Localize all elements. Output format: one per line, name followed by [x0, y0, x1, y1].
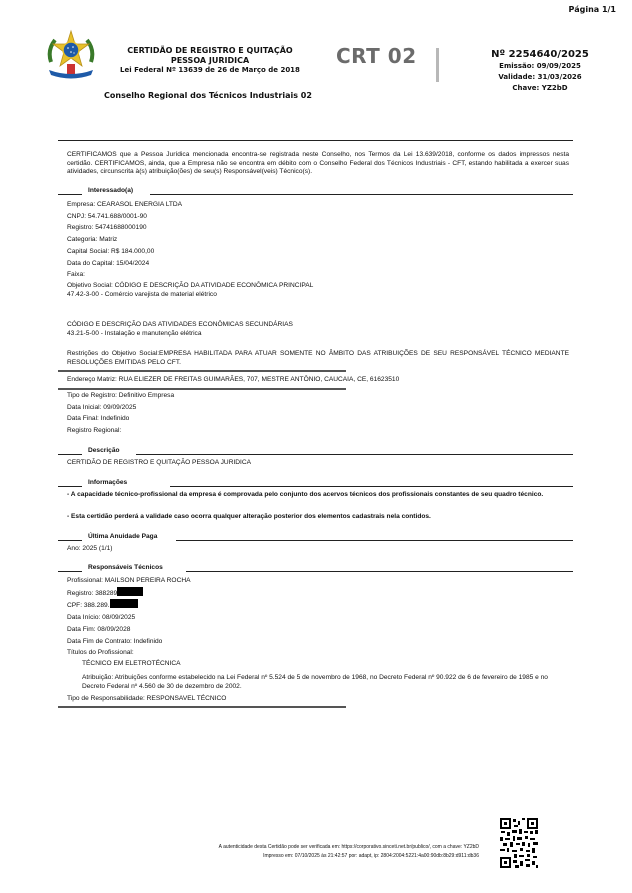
info-item-1: - A capacidade técnico-profissional da e… [67, 491, 569, 500]
section-label: Descrição [88, 447, 120, 454]
data-fim-contrato: Data Fim de Contrato: Indefinido [67, 636, 567, 648]
registro-profissional: Registro: 388289 [67, 587, 567, 600]
info-item-2: - Esta certidão perderá a validade caso … [67, 513, 569, 522]
section-label: Responsáveis Técnicos [88, 564, 163, 571]
endereco-matriz: Endereço Matriz: RUA ELIEZER DE FREITAS … [67, 376, 569, 385]
section-descricao: Descrição [58, 446, 573, 456]
capital-social: Capital Social: R$ 184.000,00 [67, 246, 567, 258]
certificate-number: Nº 2254640/2025 [465, 48, 615, 61]
cpf: CPF: 388.289. [67, 599, 567, 612]
print-info: Impresso em: 07/10/2025 às 21:42:57 por:… [219, 852, 479, 861]
cpf-prefix: CPF: 388.289. [67, 602, 110, 609]
atividade-principal: 47.42-3-00 - Comércio varejista de mater… [67, 291, 567, 300]
tipo-registro: Tipo de Registro: Definitivo Empresa [67, 390, 567, 402]
crt-label: CRT 02 [336, 44, 417, 68]
certificate-title: CERTIDÃO DE REGISTRO E QUITAÇÃO PESSOA J… [100, 46, 320, 75]
issue-date: Emissão: 09/09/2025 [465, 61, 615, 72]
registro: Registro: 54741688000190 [67, 222, 567, 234]
profissional: Profissional: MAILSON PEREIRA ROCHA [67, 575, 567, 587]
council-name: Conselho Regional dos Técnicos Industria… [104, 91, 312, 100]
interessado-details: Empresa: CEARASOL ENERGIA LTDA CNPJ: 54.… [67, 199, 567, 299]
page-number: Página 1/1 [569, 5, 616, 14]
section-label: Interessado(a) [88, 187, 133, 194]
intro-paragraph: CERTIFICAMOS que a Pessoa Jurídica menci… [67, 151, 569, 177]
verification-key: Chave: YZ2bD [465, 83, 615, 94]
atividade-secundaria: 43.21-5-00 - Instalação e manutenção elé… [67, 330, 569, 339]
data-capital: Data do Capital: 15/04/2024 [67, 258, 567, 270]
registro-details: Tipo de Registro: Definitivo Empresa Dat… [67, 390, 567, 437]
atribuicao: Atribuição: Atribuições conforme estabel… [82, 674, 562, 691]
data-fim: Data Fim: 08/09/2028 [67, 624, 567, 636]
law-reference: Lei Federal Nº 13639 de 26 de Março de 2… [100, 66, 320, 75]
faixa: Faixa: [67, 269, 567, 281]
redaction-box [117, 587, 143, 596]
secundarias-title: CÓDIGO E DESCRIÇÃO DAS ATIVIDADES ECONÔM… [67, 321, 569, 330]
authenticity-note: A autenticidade desta Certidão pode ser … [219, 843, 479, 852]
data-inicial: Data Inicial: 09/09/2025 [67, 402, 567, 414]
titulo-profissional: TÉCNICO EM ELETROTÉCNICA [82, 660, 569, 669]
cnpj: CNPJ: 54.741.688/0001-90 [67, 211, 567, 223]
objetivo-social: Objetivo Social: CÓDIGO E DESCRIÇÃO DA A… [67, 282, 567, 291]
divider [58, 370, 346, 372]
footer: A autenticidade desta Certidão pode ser … [219, 843, 479, 860]
anuidade-ano: Ano: 2025 (1/1) [67, 545, 569, 554]
validity-date: Validade: 31/03/2026 [465, 72, 615, 83]
data-final: Data Final: Indefinido [67, 413, 567, 425]
redaction-box [110, 599, 138, 608]
titulos-label: Títulos do Profissional: [67, 647, 567, 659]
section-anuidade: Última Anuidade Paga [58, 532, 573, 542]
restricoes: Restrições do Objetivo Social:EMPRESA HA… [67, 350, 569, 367]
data-inicio: Data Início: 08/09/2025 [67, 612, 567, 624]
section-label: Informações [88, 479, 127, 486]
title-line-1: CERTIDÃO DE REGISTRO E QUITAÇÃO [100, 46, 320, 56]
section-interessado: Interessado(a) [58, 186, 573, 196]
header-divider [436, 48, 439, 82]
atividades-secundarias: CÓDIGO E DESCRIÇÃO DAS ATIVIDADES ECONÔM… [67, 321, 569, 338]
responsavel-details: Profissional: MAILSON PEREIRA ROCHA Regi… [67, 575, 567, 659]
section-label: Última Anuidade Paga [88, 533, 157, 540]
title-line-2: PESSOA JURIDICA [100, 56, 320, 66]
registro-prefix: Registro: 388289 [67, 590, 117, 597]
divider [58, 140, 573, 141]
divider [58, 706, 346, 708]
qr-code-icon [499, 817, 539, 869]
certificate-meta: Nº 2254640/2025 Emissão: 09/09/2025 Vali… [465, 48, 615, 94]
registro-regional: Registro Regional: [67, 425, 567, 437]
descricao-text: CERTIDÃO DE REGISTRO E QUITAÇÃO PESSOA J… [67, 459, 569, 468]
empresa: Empresa: CEARASOL ENERGIA LTDA [67, 199, 567, 211]
tipo-responsabilidade: Tipo de Responsabilidade: RESPONSAVEL TÉ… [67, 695, 569, 704]
section-responsaveis: Responsáveis Técnicos [58, 563, 573, 573]
categoria: Categoria: Matriz [67, 234, 567, 246]
section-informacoes: Informações [58, 478, 573, 488]
brazil-coat-of-arms-icon [45, 28, 97, 84]
